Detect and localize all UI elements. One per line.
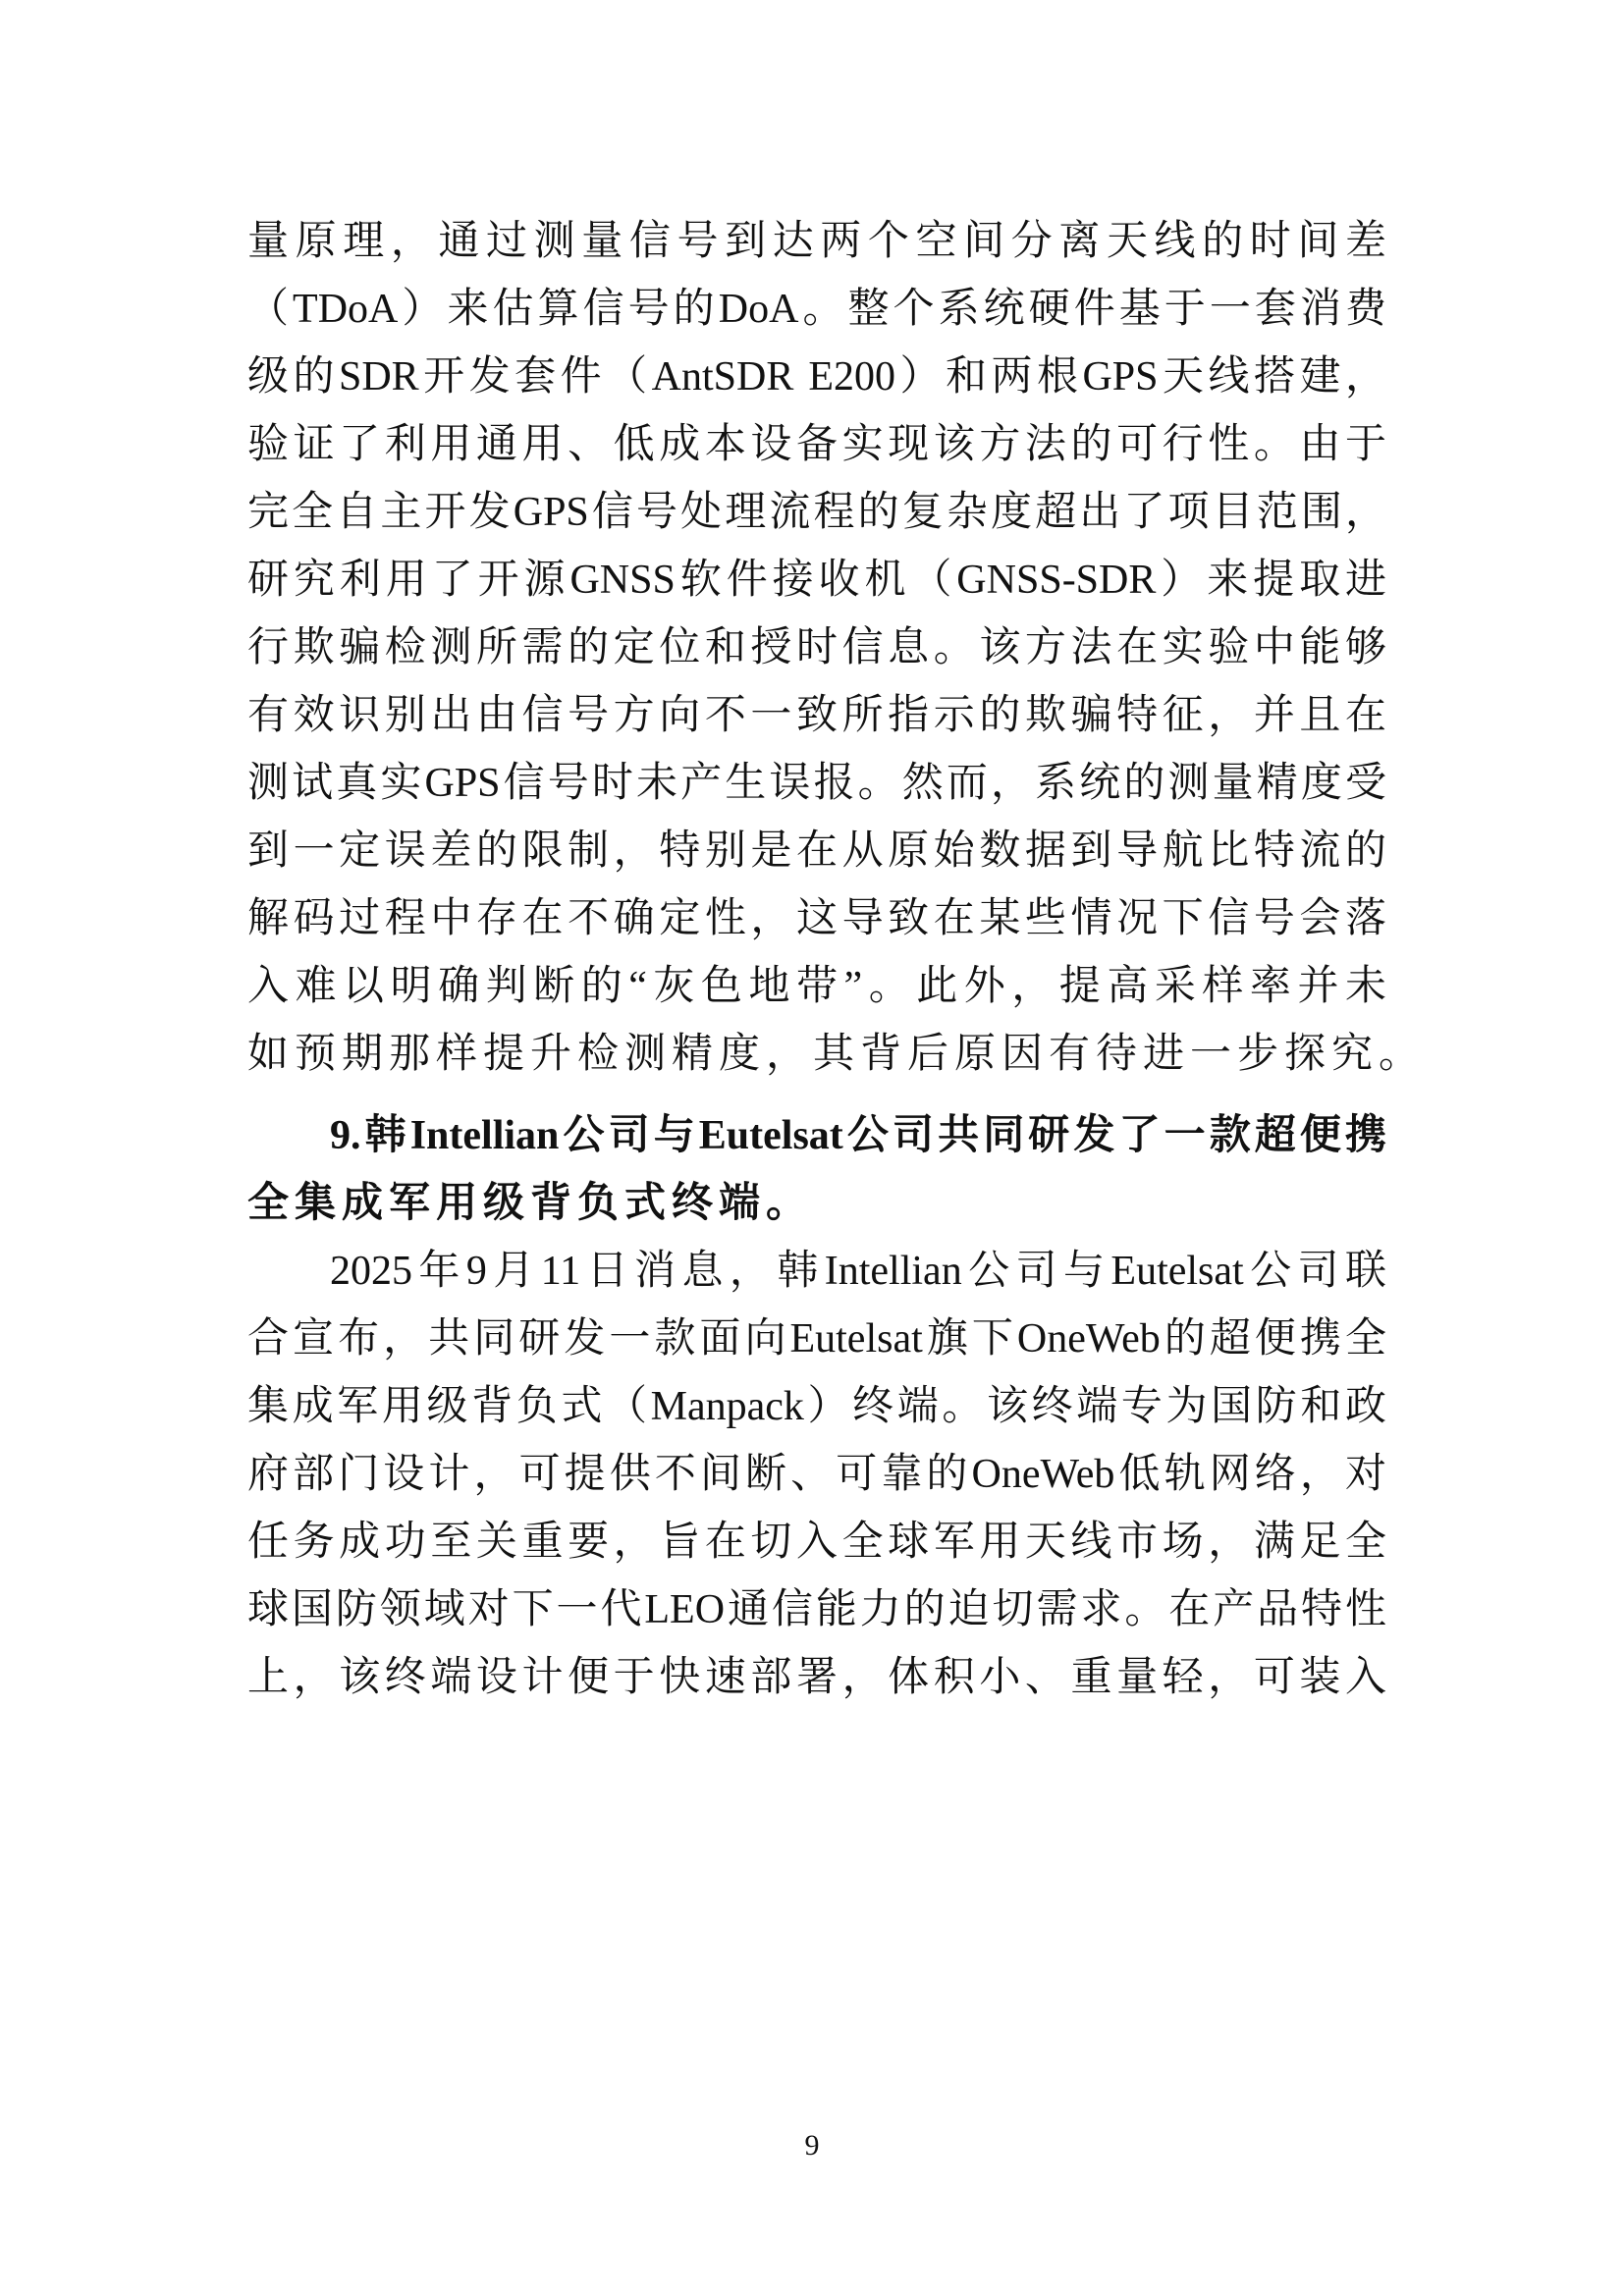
- text-line: 入难以明确判断的“灰色地带”。此外，提高采样率并未: [247, 953, 1386, 1021]
- text-line: 到一定误差的限制，特别是在从原始数据到导航比特流的: [247, 818, 1386, 885]
- text-line: 完全自主开发GPS信号处理流程的复杂度超出了项目范围，: [247, 479, 1386, 547]
- text-line: 集成军用级背负式（Manpack）终端。该终端专为国防和政: [247, 1373, 1386, 1441]
- text-line: 府部门设计，可提供不间断、可靠的OneWeb低轨网络，对: [247, 1441, 1386, 1509]
- text-line: 2025年9月11日消息，韩Intellian公司与Eutelsat公司联: [247, 1238, 1386, 1306]
- text-line: 测试真实GPS信号时未产生误报。然而，系统的测量精度受: [247, 750, 1386, 818]
- text-line: 上，该终端设计便于快速部署，体积小、重量轻，可装入: [247, 1644, 1386, 1712]
- text-line: 有效识别出由信号方向不一致所指示的欺骗特征，并且在: [247, 682, 1386, 750]
- text-line: （TDoA）来估算信号的DoA。整个系统硬件基于一套消费: [247, 276, 1386, 344]
- heading-line: 9.韩Intellian公司与Eutelsat公司共同研发了一款超便携: [247, 1102, 1386, 1170]
- paragraph-tdoa-spoofing-detection: 量原理，通过测量信号到达两个空间分离天线的时间差 （TDoA）来估算信号的DoA…: [247, 208, 1386, 1089]
- paragraph-intellian-eutelsat-manpack: 2025年9月11日消息，韩Intellian公司与Eutelsat公司联 合宣…: [247, 1238, 1386, 1712]
- text-line: 量原理，通过测量信号到达两个空间分离天线的时间差: [247, 208, 1386, 276]
- text-line: 行欺骗检测所需的定位和授时信息。该方法在实验中能够: [247, 614, 1386, 682]
- page-body: 量原理，通过测量信号到达两个空间分离天线的时间差 （TDoA）来估算信号的DoA…: [247, 208, 1386, 1712]
- text-line: 合宣布，共同研发一款面向Eutelsat旗下OneWeb的超便携全: [247, 1306, 1386, 1373]
- text-line: 级的SDR开发套件（AntSDR E200）和两根GPS天线搭建，: [247, 344, 1386, 411]
- section-heading-9: 9.韩Intellian公司与Eutelsat公司共同研发了一款超便携 全集成军…: [247, 1102, 1386, 1238]
- text-line: 如预期那样提升检测精度，其背后原因有待进一步探究。: [247, 1021, 1386, 1089]
- text-line: 球国防领域对下一代LEO通信能力的迫切需求。在产品特性: [247, 1576, 1386, 1644]
- text-line: 验证了利用通用、低成本设备实现该方法的可行性。由于: [247, 411, 1386, 479]
- page-number: 9: [0, 2126, 1624, 2165]
- heading-line: 全集成军用级背负式终端。: [247, 1170, 1386, 1238]
- text-line: 解码过程中存在不确定性，这导致在某些情况下信号会落: [247, 885, 1386, 953]
- text-line: 任务成功至关重要，旨在切入全球军用天线市场，满足全: [247, 1509, 1386, 1576]
- text-line: 研究利用了开源GNSS软件接收机（GNSS-SDR）来提取进: [247, 547, 1386, 614]
